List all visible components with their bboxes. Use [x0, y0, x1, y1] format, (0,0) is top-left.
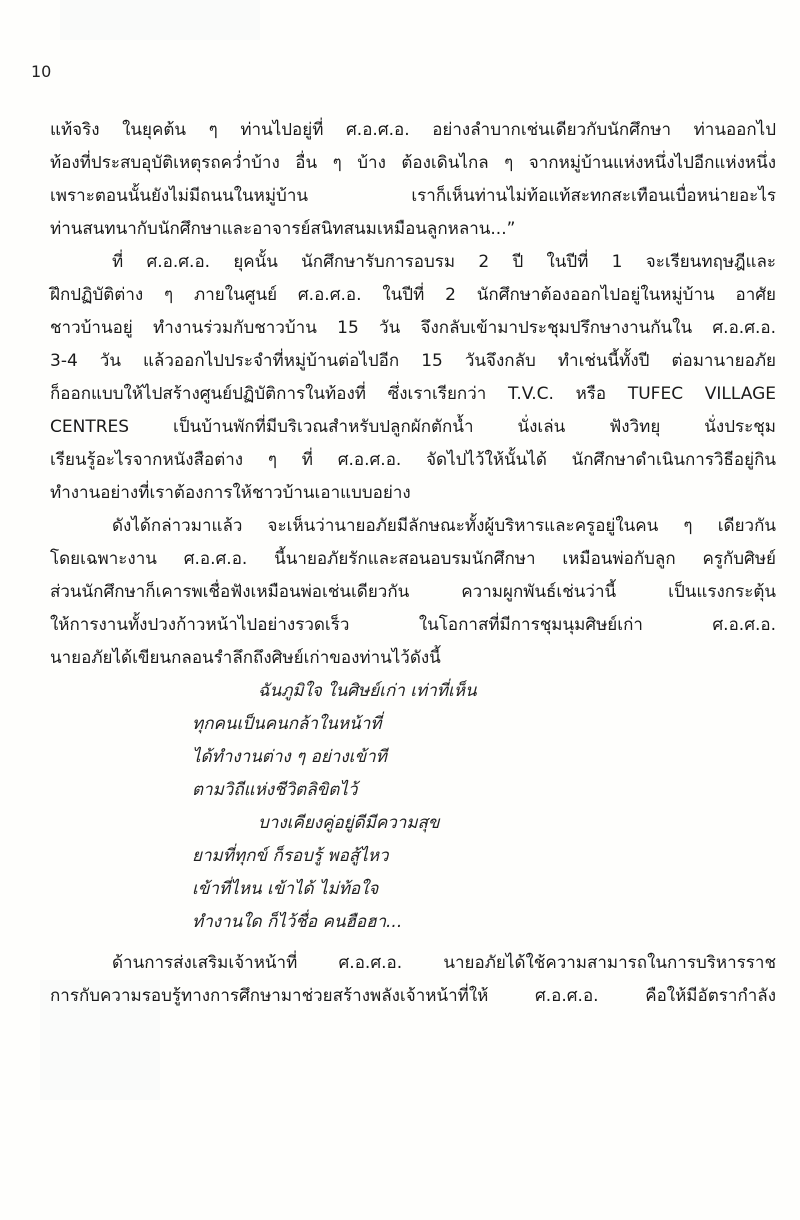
paragraph-first-line: ที่ ศ.อ.ศ.อ. ยุคนั้น นักศึกษารับการอบรม …	[112, 250, 776, 274]
body-line: เรียนรู้อะไรจากหนังสือต่าง ๆ ที่ ศ.อ.ศ.อ…	[50, 448, 776, 472]
poem-verse: ตามวิถีแห่งชีวิตลิขิตไว้	[192, 778, 357, 802]
body-line: ฝึกปฏิบัติต่าง ๆ ภายในศูนย์ ศ.อ.ศ.อ. ในป…	[50, 283, 776, 307]
document-page: 10 แท้จริง ในยุคต้น ๆ ท่านไปอยู่ที่ ศ.อ.…	[0, 0, 800, 1220]
poem-verse: ทุกคนเป็นคนกล้าในหน้าที่	[192, 712, 381, 736]
bleed-through-mark	[60, 0, 260, 40]
poem-verse: ยามที่ทุกข์ ก็รอบรู้ พอสู้ไหว	[192, 844, 389, 868]
poem-verse: เข้าที่ไหน เข้าได้ ไม่ท้อใจ	[192, 877, 378, 901]
paragraph-first-line: ดังได้กล่าวมาแล้ว จะเห็นว่านายอภัยมีลักษ…	[112, 514, 776, 538]
body-line: 3-4 วัน แล้วออกไปประจำที่หมู่บ้านต่อไปอี…	[50, 349, 776, 373]
poem-verse: ฉันภูมิใจ ในศิษย์เก่า เท่าที่เห็น	[258, 679, 477, 703]
body-line: การกับความรอบรู้ทางการศึกษามาช่วยสร้างพล…	[50, 984, 776, 1008]
body-line: โดยเฉพาะงาน ศ.อ.ศ.อ. นี้นายอภัยรักและสอน…	[50, 547, 776, 571]
body-line: ให้การงานทั้งปวงก้าวหน้าไปอย่างรวดเร็ว ใ…	[50, 613, 776, 637]
body-line: ทำงานอย่างที่เราต้องการให้ชาวบ้านเอาแบบอ…	[50, 481, 776, 505]
paragraph-first-line: ด้านการส่งเสริมเจ้าหน้าที่ ศ.อ.ศ.อ. นายอ…	[112, 951, 776, 975]
body-line: CENTRES เป็นบ้านพักที่มีบริเวณสำหรับปลูก…	[50, 415, 776, 439]
body-line: ส่วนนักศึกษาก็เคารพเชื่อฟังเหมือนพ่อเช่น…	[50, 580, 776, 604]
body-line: เพราะตอนนั้นยังไม่มีถนนในหมู่บ้าน เราก็เ…	[50, 184, 776, 208]
body-line: นายอภัยได้เขียนกลอนรำลึกถึงศิษย์เก่าของท…	[50, 646, 776, 670]
body-line: ชาวบ้านอยู่ ทำงานร่วมกับชาวบ้าน 15 วัน จ…	[50, 316, 776, 340]
page-number: 10	[31, 62, 51, 81]
body-line: ท่านสนทนากับนักศึกษาและอาจารย์สนิทสนมเหม…	[50, 217, 776, 241]
body-line: ก็ออกแบบให้ไปสร้างศูนย์ปฏิบัติการในท้องท…	[50, 382, 776, 406]
poem-verse: ได้ทำงานต่าง ๆ อย่างเข้าที	[192, 745, 387, 769]
body-line: ท้องที่ประสบอุบัติเหตุรถคว่ำบ้าง อื่น ๆ …	[50, 151, 776, 175]
body-line: แท้จริง ในยุคต้น ๆ ท่านไปอยู่ที่ ศ.อ.ศ.อ…	[50, 118, 776, 142]
poem-verse: บางเคียงคู่อยู่ดีมีความสุข	[258, 811, 440, 835]
poem-verse: ทำงานใด ก็ไว้ชื่อ คนฮือฮา...	[192, 910, 402, 934]
